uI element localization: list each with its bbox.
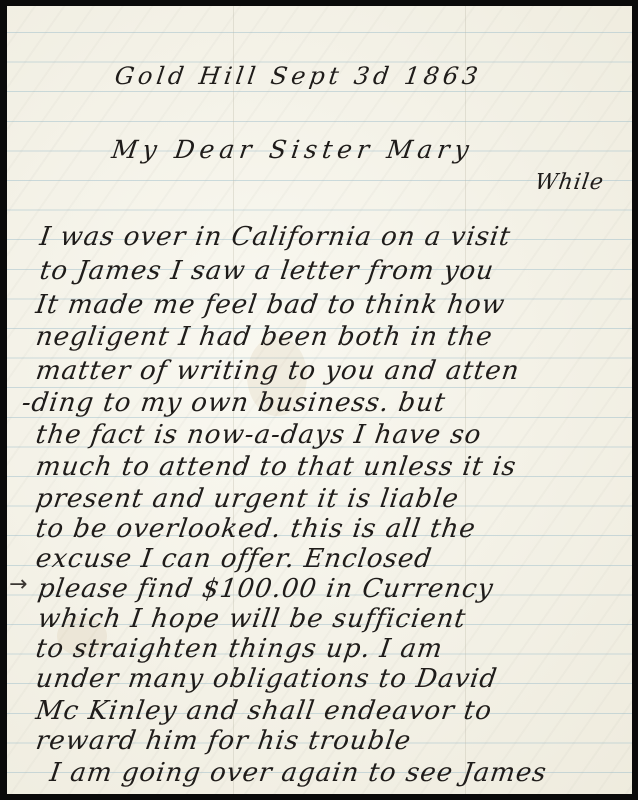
letter-salutation: My Dear Sister Mary [110, 135, 476, 164]
body-line: much to attend to that unless it is [34, 452, 519, 482]
body-line: It made me feel bad to think how [34, 290, 507, 320]
body-line: While [533, 170, 605, 195]
body-line: to James I saw a letter from you [38, 256, 496, 286]
letter-heading: Gold Hill Sept 3d 1863 [113, 62, 483, 90]
body-line: to straighten things up. I am [34, 634, 445, 664]
body-line: I am going over again to see James [48, 758, 549, 788]
body-line: under many obligations to David [34, 664, 499, 694]
body-line: excuse I can offer. Enclosed [34, 544, 434, 574]
body-line: Mc Kinley and shall endeavor to [34, 696, 494, 726]
body-line: matter of writing to you and atten [34, 356, 522, 386]
body-line: I was over in California on a visit [38, 222, 513, 252]
body-line: negligent I had been both in the [34, 322, 495, 352]
body-line: which I hope will be sufficient [36, 604, 468, 634]
body-line: the fact is now-a-days I have so [34, 420, 484, 450]
margin-arrow-icon: → [9, 572, 27, 597]
body-line: present and urgent it is liable [34, 484, 461, 514]
body-line: -ding to my own business. but [20, 388, 448, 418]
body-line: please find $100.00 in Currency [36, 574, 496, 604]
body-line: reward him for his trouble [34, 726, 413, 756]
body-line: to be overlooked. this is all the [34, 514, 478, 544]
